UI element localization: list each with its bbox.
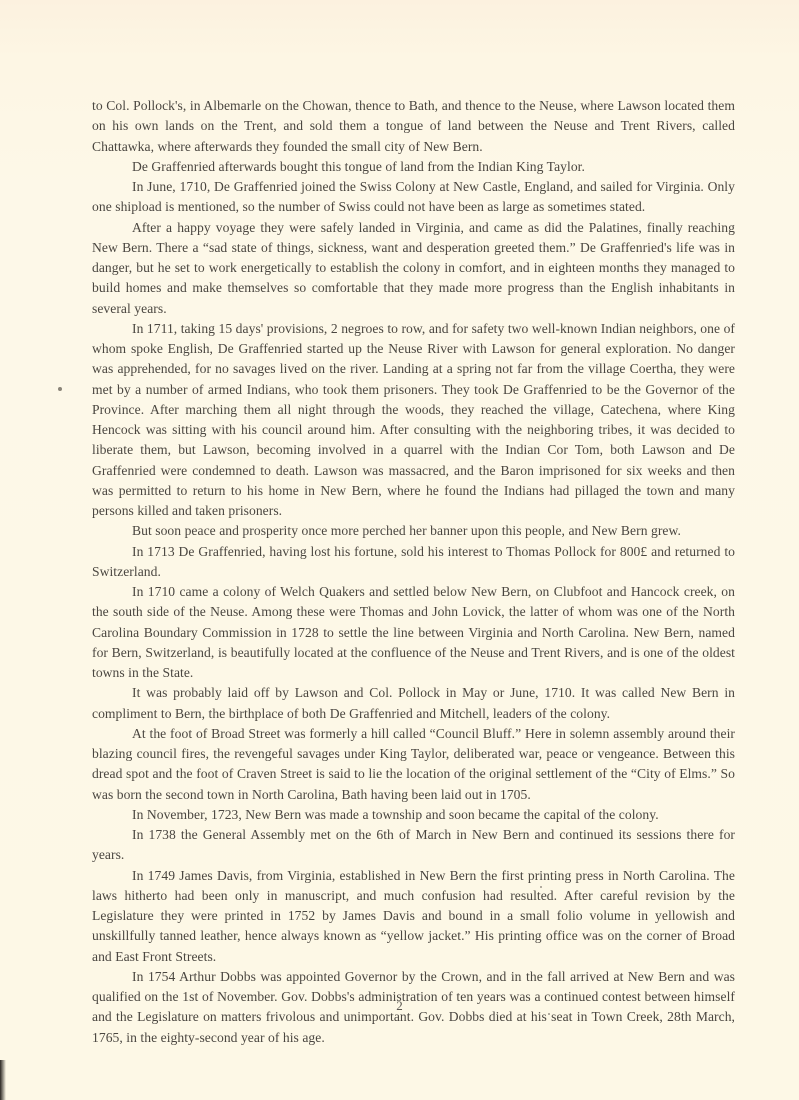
paragraph: In 1710 came a colony of Welch Quakers a…	[92, 582, 735, 683]
page-number: 2	[0, 998, 799, 1014]
paragraph: De Graffenried afterwards bought this to…	[92, 157, 735, 177]
scanned-page: to Col. Pollock's, in Albemarle on the C…	[0, 0, 799, 1100]
paragraph: But soon peace and prosperity once more …	[92, 521, 735, 541]
body-text: to Col. Pollock's, in Albemarle on the C…	[92, 96, 735, 1048]
paragraph: In 1713 De Graffenried, having lost his …	[92, 542, 735, 583]
paragraph: In 1749 James Davis, from Virginia, esta…	[92, 866, 735, 967]
binding-edge-shadow	[0, 1060, 6, 1100]
paragraph: In November, 1723, New Bern was made a t…	[92, 805, 735, 825]
paragraph: At the foot of Broad Street was formerly…	[92, 724, 735, 805]
paragraph: In 1738 the General Assembly met on the …	[92, 825, 735, 866]
paragraph: In 1711, taking 15 days' provisions, 2 n…	[92, 319, 735, 522]
paragraph: It was probably laid off by Lawson and C…	[92, 683, 735, 724]
paragraph: After a happy voyage they were safely la…	[92, 218, 735, 319]
paragraph: In June, 1710, De Graffenried joined the…	[92, 177, 735, 218]
margin-ink-mark	[58, 387, 62, 391]
paragraph: to Col. Pollock's, in Albemarle on the C…	[92, 96, 735, 157]
